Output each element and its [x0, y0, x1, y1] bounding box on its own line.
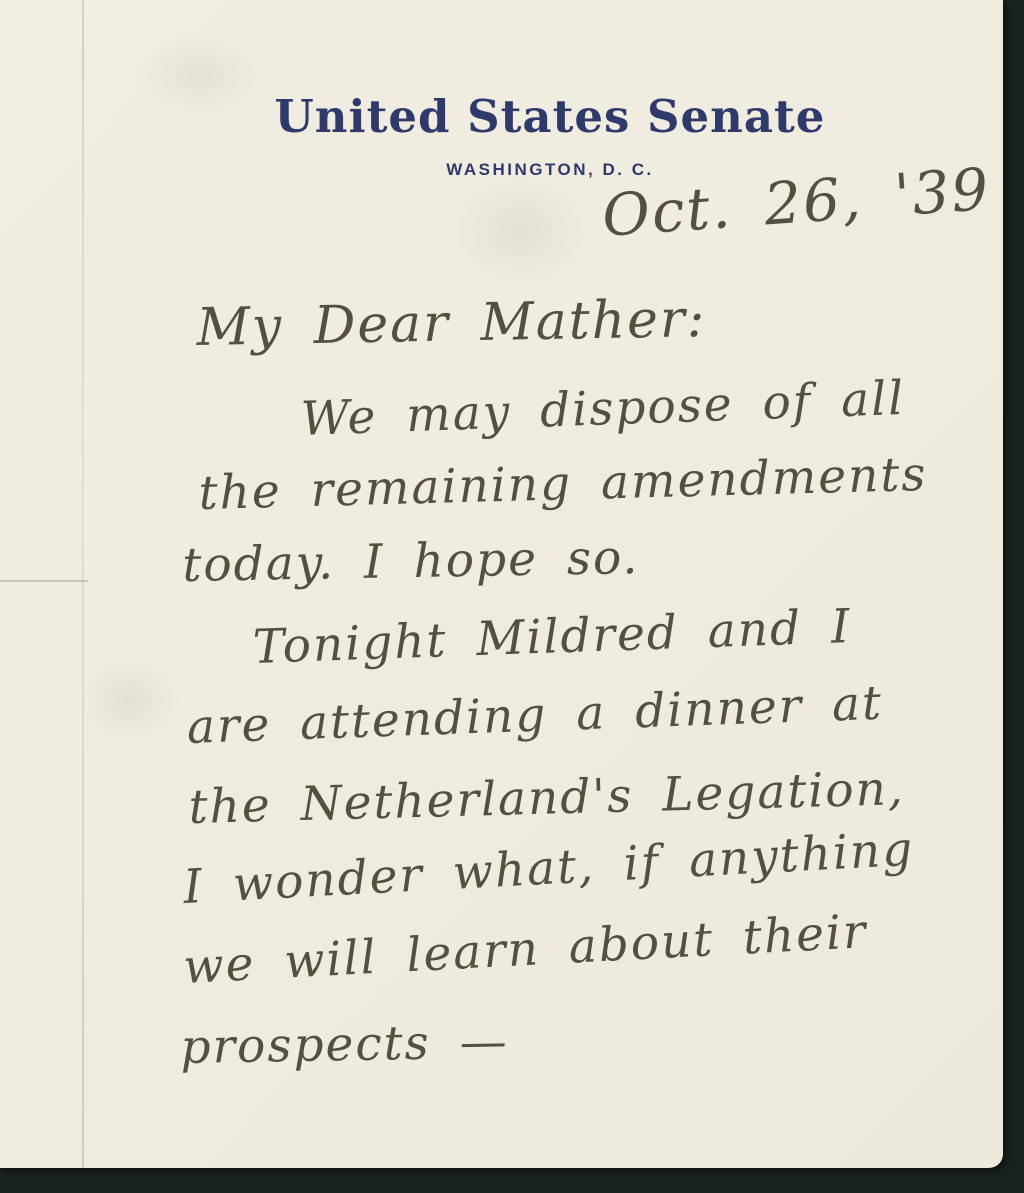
letter-body-line: the remaining amendments: [198, 447, 928, 521]
letter-salutation: My Dear Mather:: [196, 289, 707, 358]
letter-body-line: prospects —: [180, 1014, 509, 1075]
letterhead-title: United States Senate: [97, 90, 1003, 143]
letter-body-line: are attending a dinner at: [186, 676, 884, 755]
letter-body-line: We may dispose of all: [300, 371, 906, 447]
ink-showthrough-mark: [60, 640, 200, 760]
fold-crease-horizontal: [0, 580, 88, 582]
letter-body-line: I wonder what, if anything: [182, 822, 916, 915]
letter-page: United States Senate WASHINGTON, D. C. O…: [0, 0, 1003, 1168]
fold-crease-vertical: [82, 0, 84, 1168]
letter-body-line: today. I hope so.: [182, 530, 640, 593]
letter-body-line: the Netherland's Legation,: [188, 761, 905, 835]
letter-body-line: Tonight Mildred and I: [252, 599, 853, 675]
letter-body-line: we will learn about their: [182, 904, 869, 995]
scan-background: United States Senate WASHINGTON, D. C. O…: [0, 0, 1024, 1193]
